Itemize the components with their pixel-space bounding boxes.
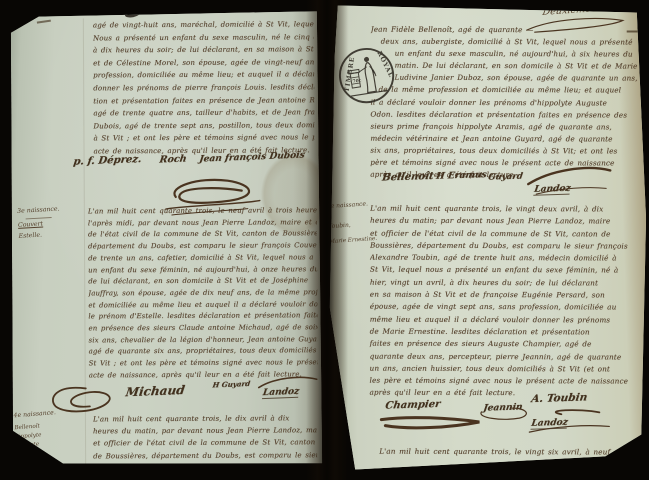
hand-line: médecin vétérinaire et Jean antoine Guya… — [370, 132, 638, 145]
hand-line: agé de vingt-huit ans, maréchal, domicil… — [93, 18, 314, 32]
hand-line: les père et témoins signé avec nous le p… — [369, 375, 637, 388]
hand-line: Alexandre Toubin, agé de trente huit ans… — [370, 252, 638, 265]
hand-line: et officier de l'état civil de la commun… — [93, 437, 317, 450]
father-signature-flourish — [46, 382, 124, 414]
record2-body-lines: agé de vingt-huit ans, maréchal, domicil… — [93, 18, 315, 158]
hand-line: à dix heures du soir; de lui déclarant, … — [93, 43, 314, 57]
right-page: Deuxième TIMBRE ROYAL 70c Jean Fidèle Be… — [325, 0, 649, 479]
landoz-swoosh — [257, 375, 319, 389]
record-number-label: 5e naissance. — [327, 198, 376, 212]
hand-line: Ludivine Janier Duboz, son épouse, agée … — [395, 72, 639, 85]
left-page: agé de vingt-huit ans, maréchal, domicil… — [9, 9, 326, 473]
hand-line: et de Célestine Morel, son épouse, agée … — [93, 56, 314, 70]
signature-deprez: p. f. Déprez. — [73, 154, 143, 168]
hand-line: de la même profession et domiciliée au m… — [378, 84, 638, 97]
hand-line: donner les prénoms de pierre françois Lo… — [93, 81, 314, 95]
hand-line: épouse, agée de vingt sept ans, sans pro… — [370, 301, 638, 314]
child-name-label: Odon. — [16, 448, 59, 460]
hand-line: St Vit, lequel nous a présenté un enfant… — [370, 264, 638, 277]
hand-line: Nous a présenté un enfant du sexe mascul… — [93, 31, 314, 45]
record3-margin-note: 3e naissance. Couvert Estelle. — [17, 203, 61, 241]
hand-line: à St Vit ; et ont les père et témoins si… — [93, 132, 314, 146]
signature-eramus: H Eramus — [435, 170, 487, 182]
hand-line: même lieu et auquel il a déclaré vouloir… — [370, 313, 638, 326]
hand-line: matin. De lui déclarant, en son domicile… — [395, 60, 639, 73]
hand-line: il a déclaré vouloir donner les prénoms … — [370, 96, 638, 109]
hand-line: un ans, ancien huissier, tous deux domic… — [370, 362, 638, 375]
hand-line: L'an mil huit cent quarante trois, le vi… — [370, 203, 638, 216]
landoz-swoosh-large — [526, 164, 612, 198]
hand-line: profession, domiciliée au même lieu; et … — [93, 69, 314, 83]
hand-line: département du Doubs, est comparu le sie… — [88, 240, 317, 253]
hand-line: six ans, propriétaires, tous deux domici… — [370, 145, 638, 158]
signature-bellenoit: Bellenoît — [381, 171, 434, 184]
hand-line: faites en présence des sieurs Auguste Ch… — [370, 338, 638, 351]
record3-signature-row: Michaud H Guyard Landoz — [11, 379, 323, 417]
hand-line: L'an mil huit cent quarante trois, le vi… — [379, 446, 637, 459]
signature-guyard: Guyard — [487, 172, 523, 183]
landoz-swoosh-bottom — [521, 408, 613, 438]
record5-signature-row: Champier Jeannin A. Toubin Landoz — [325, 391, 641, 446]
record-number-label: 3e naissance. — [17, 203, 60, 216]
hand-line: Jauffray, son épouse, agée de dix neuf a… — [88, 287, 317, 300]
hand-line: quarante deux ans, percepteur, pierre Je… — [370, 350, 638, 363]
mayor-paraph-flourish — [158, 174, 268, 217]
record5-body-lines: L'an mil huit cent quarante trois, le vi… — [369, 203, 638, 401]
hand-line: de Marie Ernestine. lesdites déclaration… — [370, 326, 638, 339]
margin-tick-mark — [37, 20, 51, 24]
hand-line: en sa maison à St Vit et de françoise Eu… — [370, 289, 638, 302]
hand-line: Dubois, agé de trente sept ans, postillo… — [93, 119, 314, 133]
record4-body-lines-end: Jean Fidèle Bellenoît, agé de quarante —… — [370, 24, 639, 182]
hand-line: un enfant du sexe masculin, né aujourd'h… — [395, 48, 639, 61]
hand-line: sieurs prime françois hippolyte Aramis, … — [370, 120, 638, 133]
stamp-value-text: 70c — [352, 78, 362, 84]
record6-body-lines-start: L'an mil huit cent quarante trois, le vi… — [379, 446, 637, 459]
hand-line: de Boussières, département du Doubs, est… — [93, 449, 317, 462]
record3-body-lines: L'an mil huit cent quarante trois, le ne… — [88, 205, 318, 382]
hand-line: St Vit ; et ont les père et témoins sign… — [89, 357, 318, 370]
hand-line: heures du matin, par devant nous Jean Pi… — [93, 424, 317, 437]
timbre-royal-stamp: TIMBRE ROYAL 70c — [332, 41, 400, 109]
hand-line: agé de trente quatre ans, tailleur d'hab… — [93, 106, 314, 120]
signature-dubois: Jean françois Dubois — [199, 150, 306, 164]
ink-blot — [124, 9, 141, 19]
hand-line: tion et présentation faites en présence … — [93, 94, 314, 108]
child-name-label: Estelle. — [18, 228, 61, 241]
hand-line: heures du matin; par devant nous Jean Pi… — [370, 215, 638, 228]
register-scan: agé de vingt-huit ans, maréchal, domicil… — [0, 0, 649, 480]
hand-line: Boussières, département du Doubs, est co… — [370, 239, 638, 252]
hand-line: de trente un ans, cafetier, domicilié à … — [88, 252, 317, 265]
hand-line: Odon. lesdites déclaration et présentati… — [370, 108, 638, 121]
record4-body-lines-start: L'an mil huit cent quarante trois, le di… — [93, 412, 317, 462]
champier-flourish — [379, 414, 483, 434]
signature-guyard: H Guyard — [212, 379, 251, 389]
record4-margin-note: 4e naissance. Bellenoît hippolyte August… — [13, 408, 59, 460]
hand-line: hier, vingt un avril, à dix heures du so… — [370, 276, 638, 289]
signature-toubin: A. Toubin — [530, 391, 588, 405]
hand-line: L'an mil huit cent quarante trois, le di… — [93, 412, 317, 425]
hand-line: et officier de l'état civil de la commun… — [370, 227, 638, 240]
corner-note-flourish — [523, 12, 639, 38]
signature-michaud: Michaud — [125, 383, 186, 399]
hand-line: en présence des sieurs Claude antoine Mi… — [88, 322, 317, 335]
signature-roch: Roch — [159, 153, 188, 165]
signature-champier: Champier — [384, 399, 441, 412]
